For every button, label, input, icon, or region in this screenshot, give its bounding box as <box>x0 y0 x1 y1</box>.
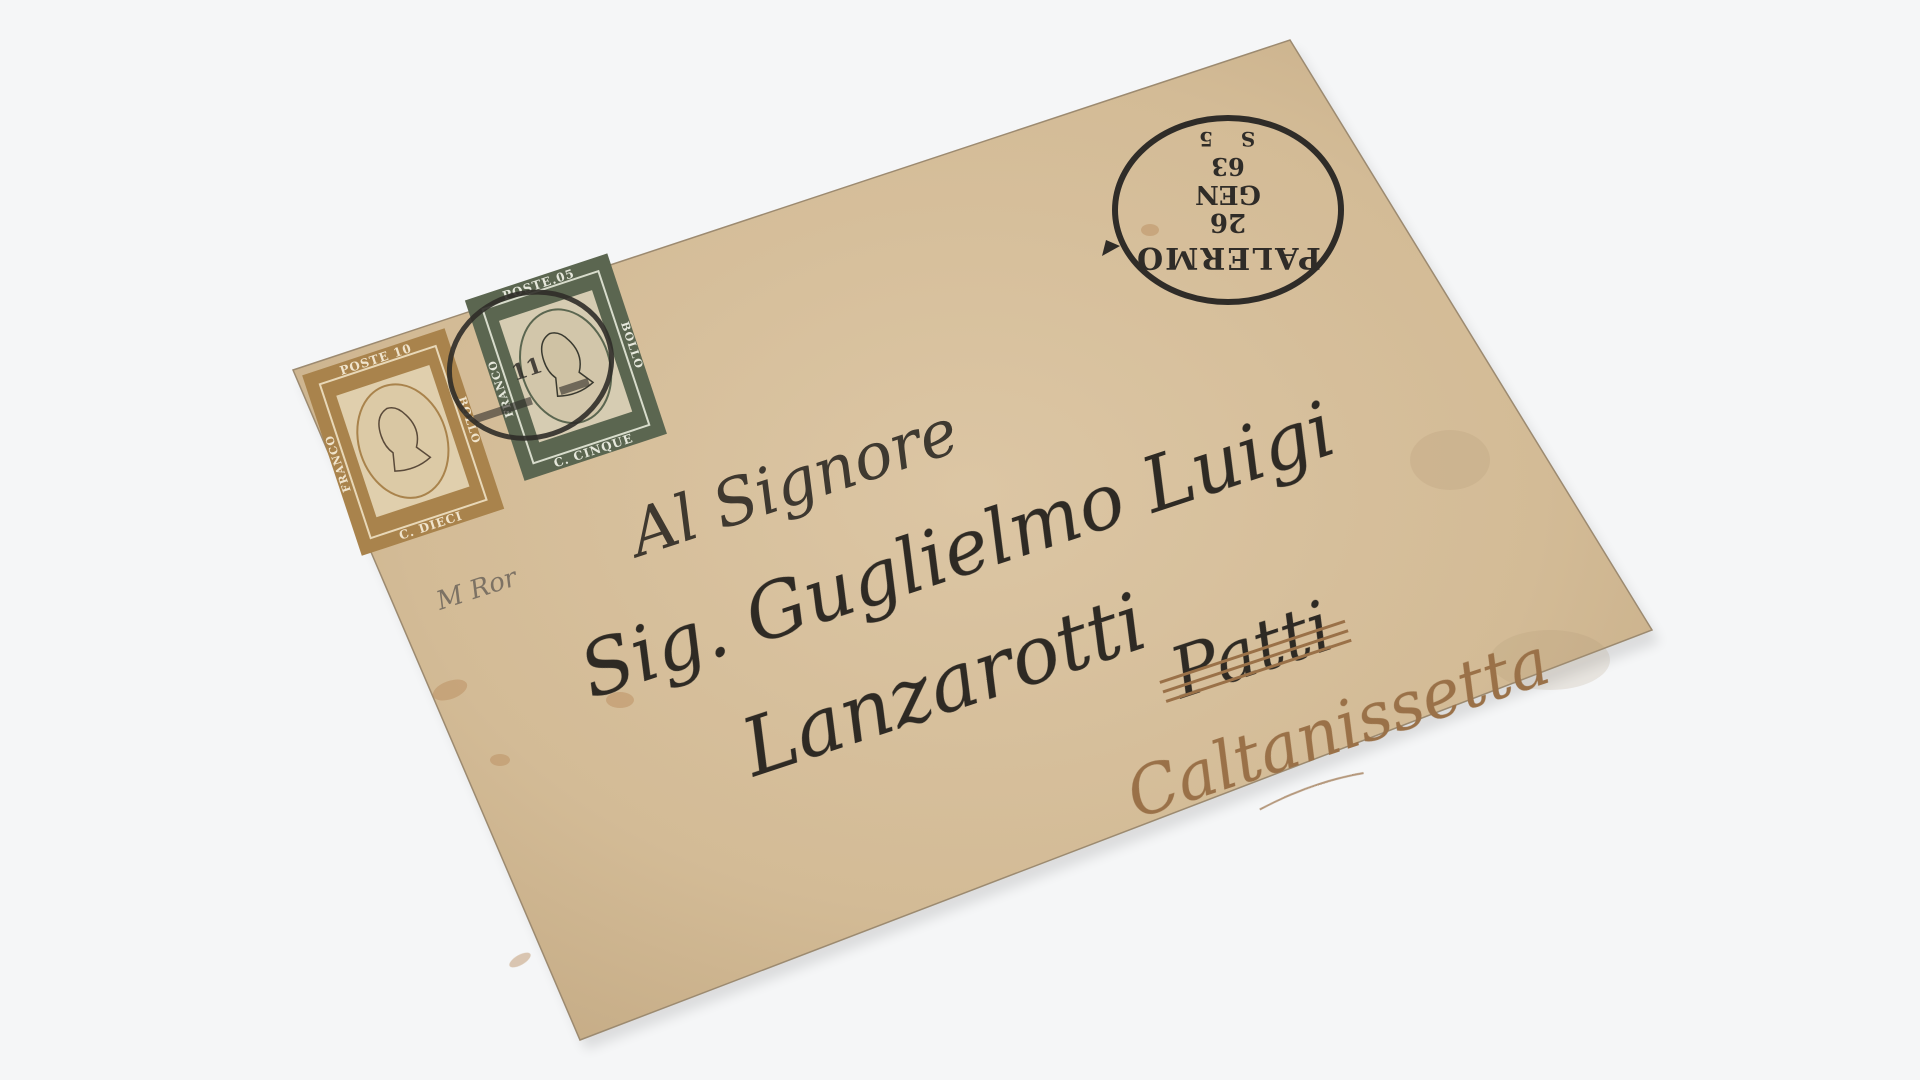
postmark-time-left: S <box>1241 127 1255 151</box>
envelope-photo-scene: POSTE 10 C. DIECI FRANCO BOLLO POSTE.05 … <box>0 0 1920 1080</box>
postmark-month: GEN <box>1195 179 1261 209</box>
postmark-town: PALERMO <box>1135 240 1321 275</box>
svg-text:5: 5 <box>1199 127 1213 151</box>
postmark-year: 63 <box>1211 152 1244 181</box>
postmark-day: 26 <box>1210 207 1246 237</box>
